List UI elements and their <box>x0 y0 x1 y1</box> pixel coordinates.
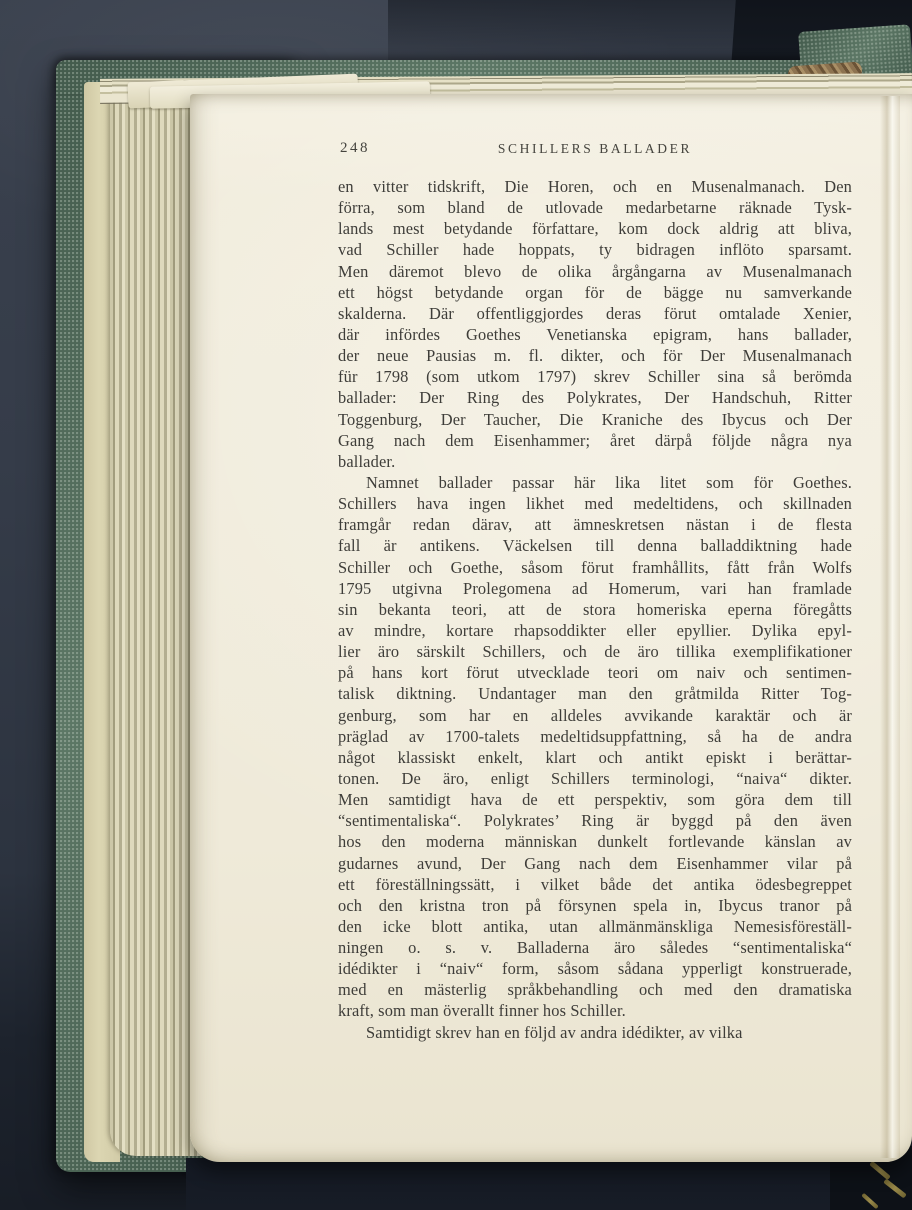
running-title: SCHILLERS BALLADER <box>498 141 692 157</box>
text-line: genburg, som har en alldeles avvikande k… <box>338 705 852 726</box>
text-line: sin bekanta teori, att de stora homerisk… <box>338 599 852 620</box>
page-right-crease <box>880 96 900 1158</box>
text-line: ett föreställningssätt, i vilket både de… <box>338 874 852 895</box>
text-line: idédikter i “naiv“ form, såsom sådana yp… <box>338 958 852 979</box>
text-line: kraft, som man överallt finner hos Schil… <box>338 1000 852 1021</box>
text-line: Namnet ballader passar här lika litet so… <box>338 472 852 493</box>
page-header: 248 SCHILLERS BALLADER <box>338 140 852 160</box>
text-line: på hans kort förut utvecklade teori om n… <box>338 662 852 683</box>
text-line: hos den moderna människan dunkelt fortle… <box>338 831 852 852</box>
text-line: Toggenburg, Der Taucher, Die Kraniche de… <box>338 409 852 430</box>
text-line: skalderna. Där offentliggjordes deras fö… <box>338 303 852 324</box>
shadow-under-page <box>186 1158 912 1210</box>
text-block: 248 SCHILLERS BALLADER en vitter tidskri… <box>338 140 852 160</box>
text-line: med en mästerlig språkbehandling och med… <box>338 979 852 1000</box>
text-line: talisk diktning. Undantager man den gråt… <box>338 683 852 704</box>
scanned-book-photo: 248 SCHILLERS BALLADER en vitter tidskri… <box>0 0 912 1210</box>
text-line: av mindre, kortare rhapsoddikter eller e… <box>338 620 852 641</box>
text-line: och den kristna tron på försynen spela i… <box>338 895 852 916</box>
text-line: Men samtidigt hava de ett perspektiv, so… <box>338 789 852 810</box>
text-line: Gang nach dem Eisenhammer; året därpå fö… <box>338 430 852 451</box>
text-line: fall är antikens. Väckelsen till denna b… <box>338 535 852 556</box>
body-text: en vitter tidskrift, Die Horen, och en M… <box>338 176 852 1043</box>
text-line: vad Schiller hade hoppats, ty bidragen i… <box>338 239 852 260</box>
text-line: en vitter tidskrift, Die Horen, och en M… <box>338 176 852 197</box>
text-line: framgår redan därav, att ämneskretsen nä… <box>338 514 852 535</box>
text-line: lands mest betydande författare, kom doc… <box>338 218 852 239</box>
text-line: der neue Pausias m. fl. dikter, och för … <box>338 345 852 366</box>
text-line: ett högst betydande organ för de bägge n… <box>338 282 852 303</box>
text-line: Schiller och Goethe, såsom förut framhål… <box>338 557 852 578</box>
page-number: 248 <box>340 140 370 157</box>
text-line: förra, som bland de utlovade medarbetarn… <box>338 197 852 218</box>
text-line: ballader. <box>338 451 852 472</box>
text-line: für 1798 (som utkom 1797) skrev Schiller… <box>338 366 852 387</box>
text-line: Men däremot blevo de olika årgångarna av… <box>338 261 852 282</box>
text-line: där infördes Goethes Venetianska epigram… <box>338 324 852 345</box>
text-line: den icke blott antika, utan allmänmänskl… <box>338 916 852 937</box>
text-line: Samtidigt skrev han en följd av andra id… <box>338 1022 852 1043</box>
text-line: präglad av 1700-talets medeltidsuppfattn… <box>338 726 852 747</box>
text-line: gudarnes avund, Der Gang nach dem Eisenh… <box>338 853 852 874</box>
text-line: “sentimentaliska“. Polykrates’ Ring är b… <box>338 810 852 831</box>
text-line: 1795 utgivna Prolegomena ad Homerum, var… <box>338 578 852 599</box>
backdrop-shadow <box>388 0 748 62</box>
text-line: ballader: Der Ring des Polykrates, Der H… <box>338 387 852 408</box>
text-line: ningen o. s. v. Balladerna äro således “… <box>338 937 852 958</box>
text-line: Schillers hava ingen likhet med medeltid… <box>338 493 852 514</box>
text-line: lier äro särskilt Schillers, och de äro … <box>338 641 852 662</box>
text-line: något klassiskt enkelt, klart och antikt… <box>338 747 852 768</box>
text-line: tonen. De äro, enligt Schillers terminol… <box>338 768 852 789</box>
